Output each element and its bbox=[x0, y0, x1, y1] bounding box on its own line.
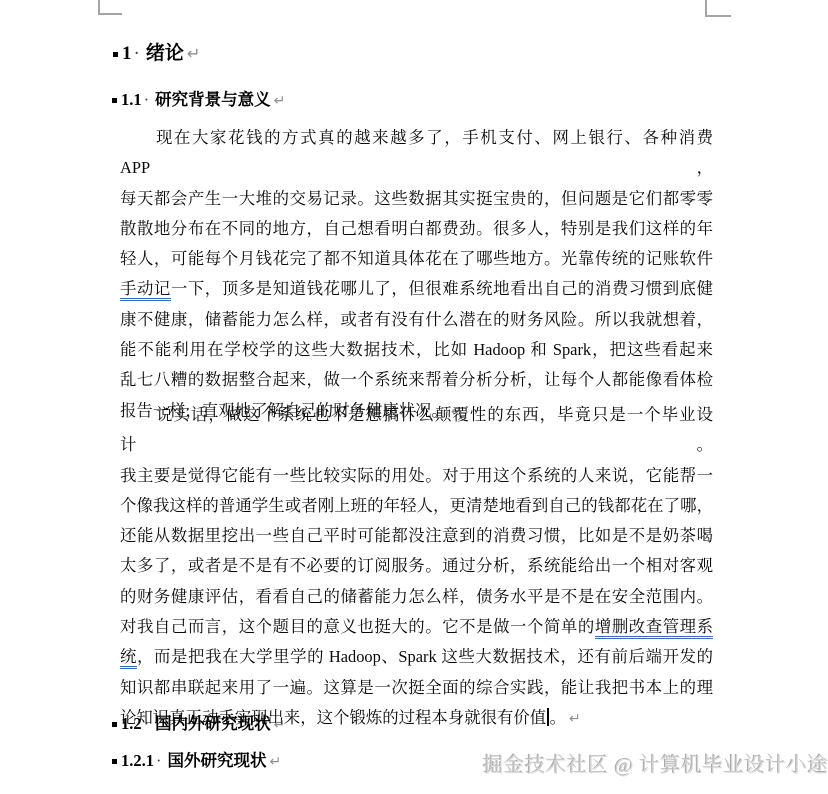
text-line[interactable]: 轻人，可能每个月钱花完了都不知道具体花在了哪些地方。光靠传统的记账软件 bbox=[120, 244, 713, 274]
text-line[interactable]: 统，而是把我在大学里学的 Hadoop、Spark 这些大数据技术，还有前后端开… bbox=[120, 642, 713, 672]
text-boundary-mark-left bbox=[98, 0, 122, 15]
heading-bullet-mark bbox=[112, 98, 117, 103]
text-line[interactable]: 每天都会产生一大堆的交易记录。这些数据其实挺宝贵的，但问题是它们都零零 bbox=[120, 184, 713, 214]
document-page: 1·绪论↵ 1.1·研究背景与意义↵ 现在大家花钱的方式真的越来越多了，手机支付… bbox=[0, 0, 828, 794]
watermark: 掘金技术社区 @ 计算机毕业设计小途 bbox=[483, 748, 828, 778]
text-line[interactable]: 还能从数据里挖出一些自己平时可能都没注意到的消费习惯，比如是不是奶茶喝 bbox=[120, 521, 713, 551]
text-line[interactable]: 康不健康，储蓄能力怎么样，或者有没有什么潜在的财务风险。所以我就想着， bbox=[120, 305, 713, 335]
heading-bullet-mark bbox=[112, 722, 117, 727]
text-run: 一下，顶多是知道钱花哪儿了，但很难系统地看出自己的消费习惯到底健 bbox=[171, 279, 713, 298]
grammar-checked-text: 增删改查管理系 bbox=[595, 617, 713, 639]
paragraph-mark: ↵ bbox=[187, 44, 201, 63]
grammar-checked-text: 统 bbox=[120, 647, 137, 669]
paragraph-1: 现在大家花钱的方式真的越来越多了，手机支付、网上银行、各种消费 APP， 每天都… bbox=[120, 123, 713, 427]
heading-1-1[interactable]: 1.1·研究背景与意义↵ bbox=[112, 90, 285, 111]
text-run: 。 bbox=[550, 708, 566, 727]
space-mark: · bbox=[144, 714, 150, 733]
text-line[interactable]: 说实话，做这个系统也不是想搞什么颠覆性的东西，毕竟只是一个毕业设计。 bbox=[120, 400, 713, 461]
text-line[interactable]: 对我自己而言，这个题目的意义也挺大的。它不是做一个简单的增删改查管理系 bbox=[120, 612, 713, 642]
paragraph-mark: ↵ bbox=[270, 754, 282, 770]
paragraph-mark: ↵ bbox=[274, 93, 286, 109]
heading-number: 1.2.1 bbox=[121, 751, 154, 770]
text-line[interactable]: 个像我这样的普通学生或者刚上班的年轻人，更清楚地看到自己的钱都花在了哪， bbox=[120, 491, 713, 521]
grammar-checked-text: 手动记 bbox=[120, 279, 171, 301]
text-run: 对我自己而言，这个题目的意义也挺大的。它不是做一个简单的 bbox=[120, 617, 595, 636]
heading-bullet-mark bbox=[112, 759, 117, 764]
text-line[interactable]: 现在大家花钱的方式真的越来越多了，手机支付、网上银行、各种消费 APP， bbox=[120, 123, 713, 184]
space-mark: · bbox=[144, 90, 150, 109]
heading-number: 1 bbox=[122, 43, 132, 64]
heading-number: 1.1 bbox=[121, 90, 142, 109]
text-line[interactable]: 太多了，或者是不是有不必要的订阅服务。通过分析，系统能给出一个相对客观 bbox=[120, 551, 713, 581]
text-line[interactable]: 手动记一下，顶多是知道钱花哪儿了，但很难系统地看出自己的消费习惯到底健 bbox=[120, 274, 713, 304]
heading-bullet-mark bbox=[113, 52, 118, 57]
space-mark: · bbox=[134, 43, 140, 64]
text-line[interactable]: 的财务健康评估，看看自己的储蓄能力怎么样，债务水平是不是在安全范围内。 bbox=[120, 582, 713, 612]
heading-title: 国外研究现状 bbox=[168, 751, 267, 770]
heading-1-2-1[interactable]: 1.2.1·国外研究现状↵ bbox=[112, 751, 281, 772]
text-line[interactable]: 知识都串联起来用了一遍。这算是一次挺全面的综合实践，能让我把书本上的理 bbox=[120, 673, 713, 703]
heading-1[interactable]: 1·绪论↵ bbox=[113, 43, 200, 65]
heading-title: 绪论 bbox=[146, 43, 184, 64]
heading-title: 国内外研究现状 bbox=[155, 714, 271, 733]
text-cursor bbox=[547, 708, 549, 726]
text-run: ，而是把我在大学里学的 Hadoop、Spark 这些大数据技术，还有前后端开发… bbox=[137, 647, 713, 666]
paragraph-2: 说实话，做这个系统也不是想搞什么颠覆性的东西，毕竟只是一个毕业设计。 我主要是觉… bbox=[120, 400, 713, 734]
text-line[interactable]: 乱七八糟的数据整合起来，做一个系统来帮着分析分析，让每个人都能像看体检 bbox=[120, 365, 713, 395]
text-line[interactable]: 我主要是觉得它能有一些比较实际的用处。对于用这个系统的人来说，它能帮一 bbox=[120, 461, 713, 491]
heading-1-2[interactable]: 1.2·国内外研究现状↵ bbox=[112, 714, 285, 735]
paragraph-mark: ↵ bbox=[569, 711, 581, 727]
text-line[interactable]: 散散地分布在不同的地方，自己想看明白都费劲。很多人，特别是我们这样的年 bbox=[120, 214, 713, 244]
heading-title: 研究背景与意义 bbox=[155, 90, 271, 109]
paragraph-mark: ↵ bbox=[274, 717, 286, 733]
text-line[interactable]: 能不能利用在学校学的这些大数据技术，比如 Hadoop 和 Spark，把这些看… bbox=[120, 335, 713, 365]
space-mark: · bbox=[156, 751, 162, 770]
text-boundary-mark-right bbox=[705, 0, 731, 17]
heading-number: 1.2 bbox=[121, 714, 142, 733]
